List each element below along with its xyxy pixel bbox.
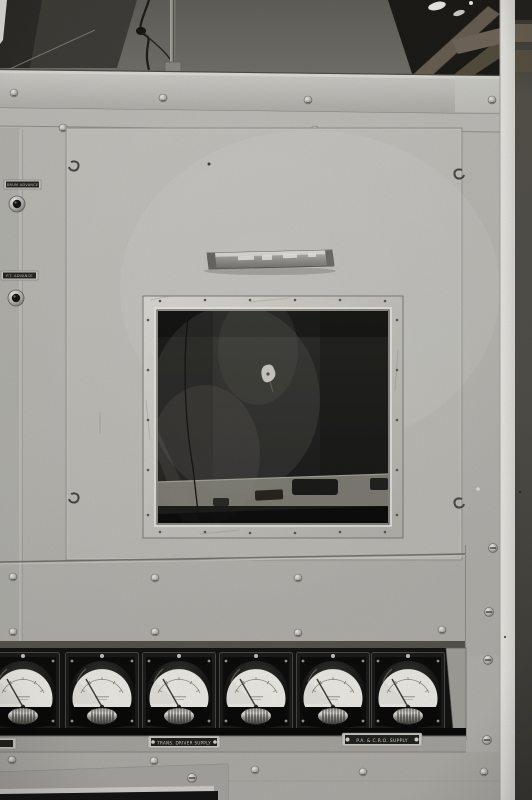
photograph: DRUM ADVANCE P.T. ADVANCE: [0, 0, 532, 800]
photo-vignette: [0, 0, 532, 800]
